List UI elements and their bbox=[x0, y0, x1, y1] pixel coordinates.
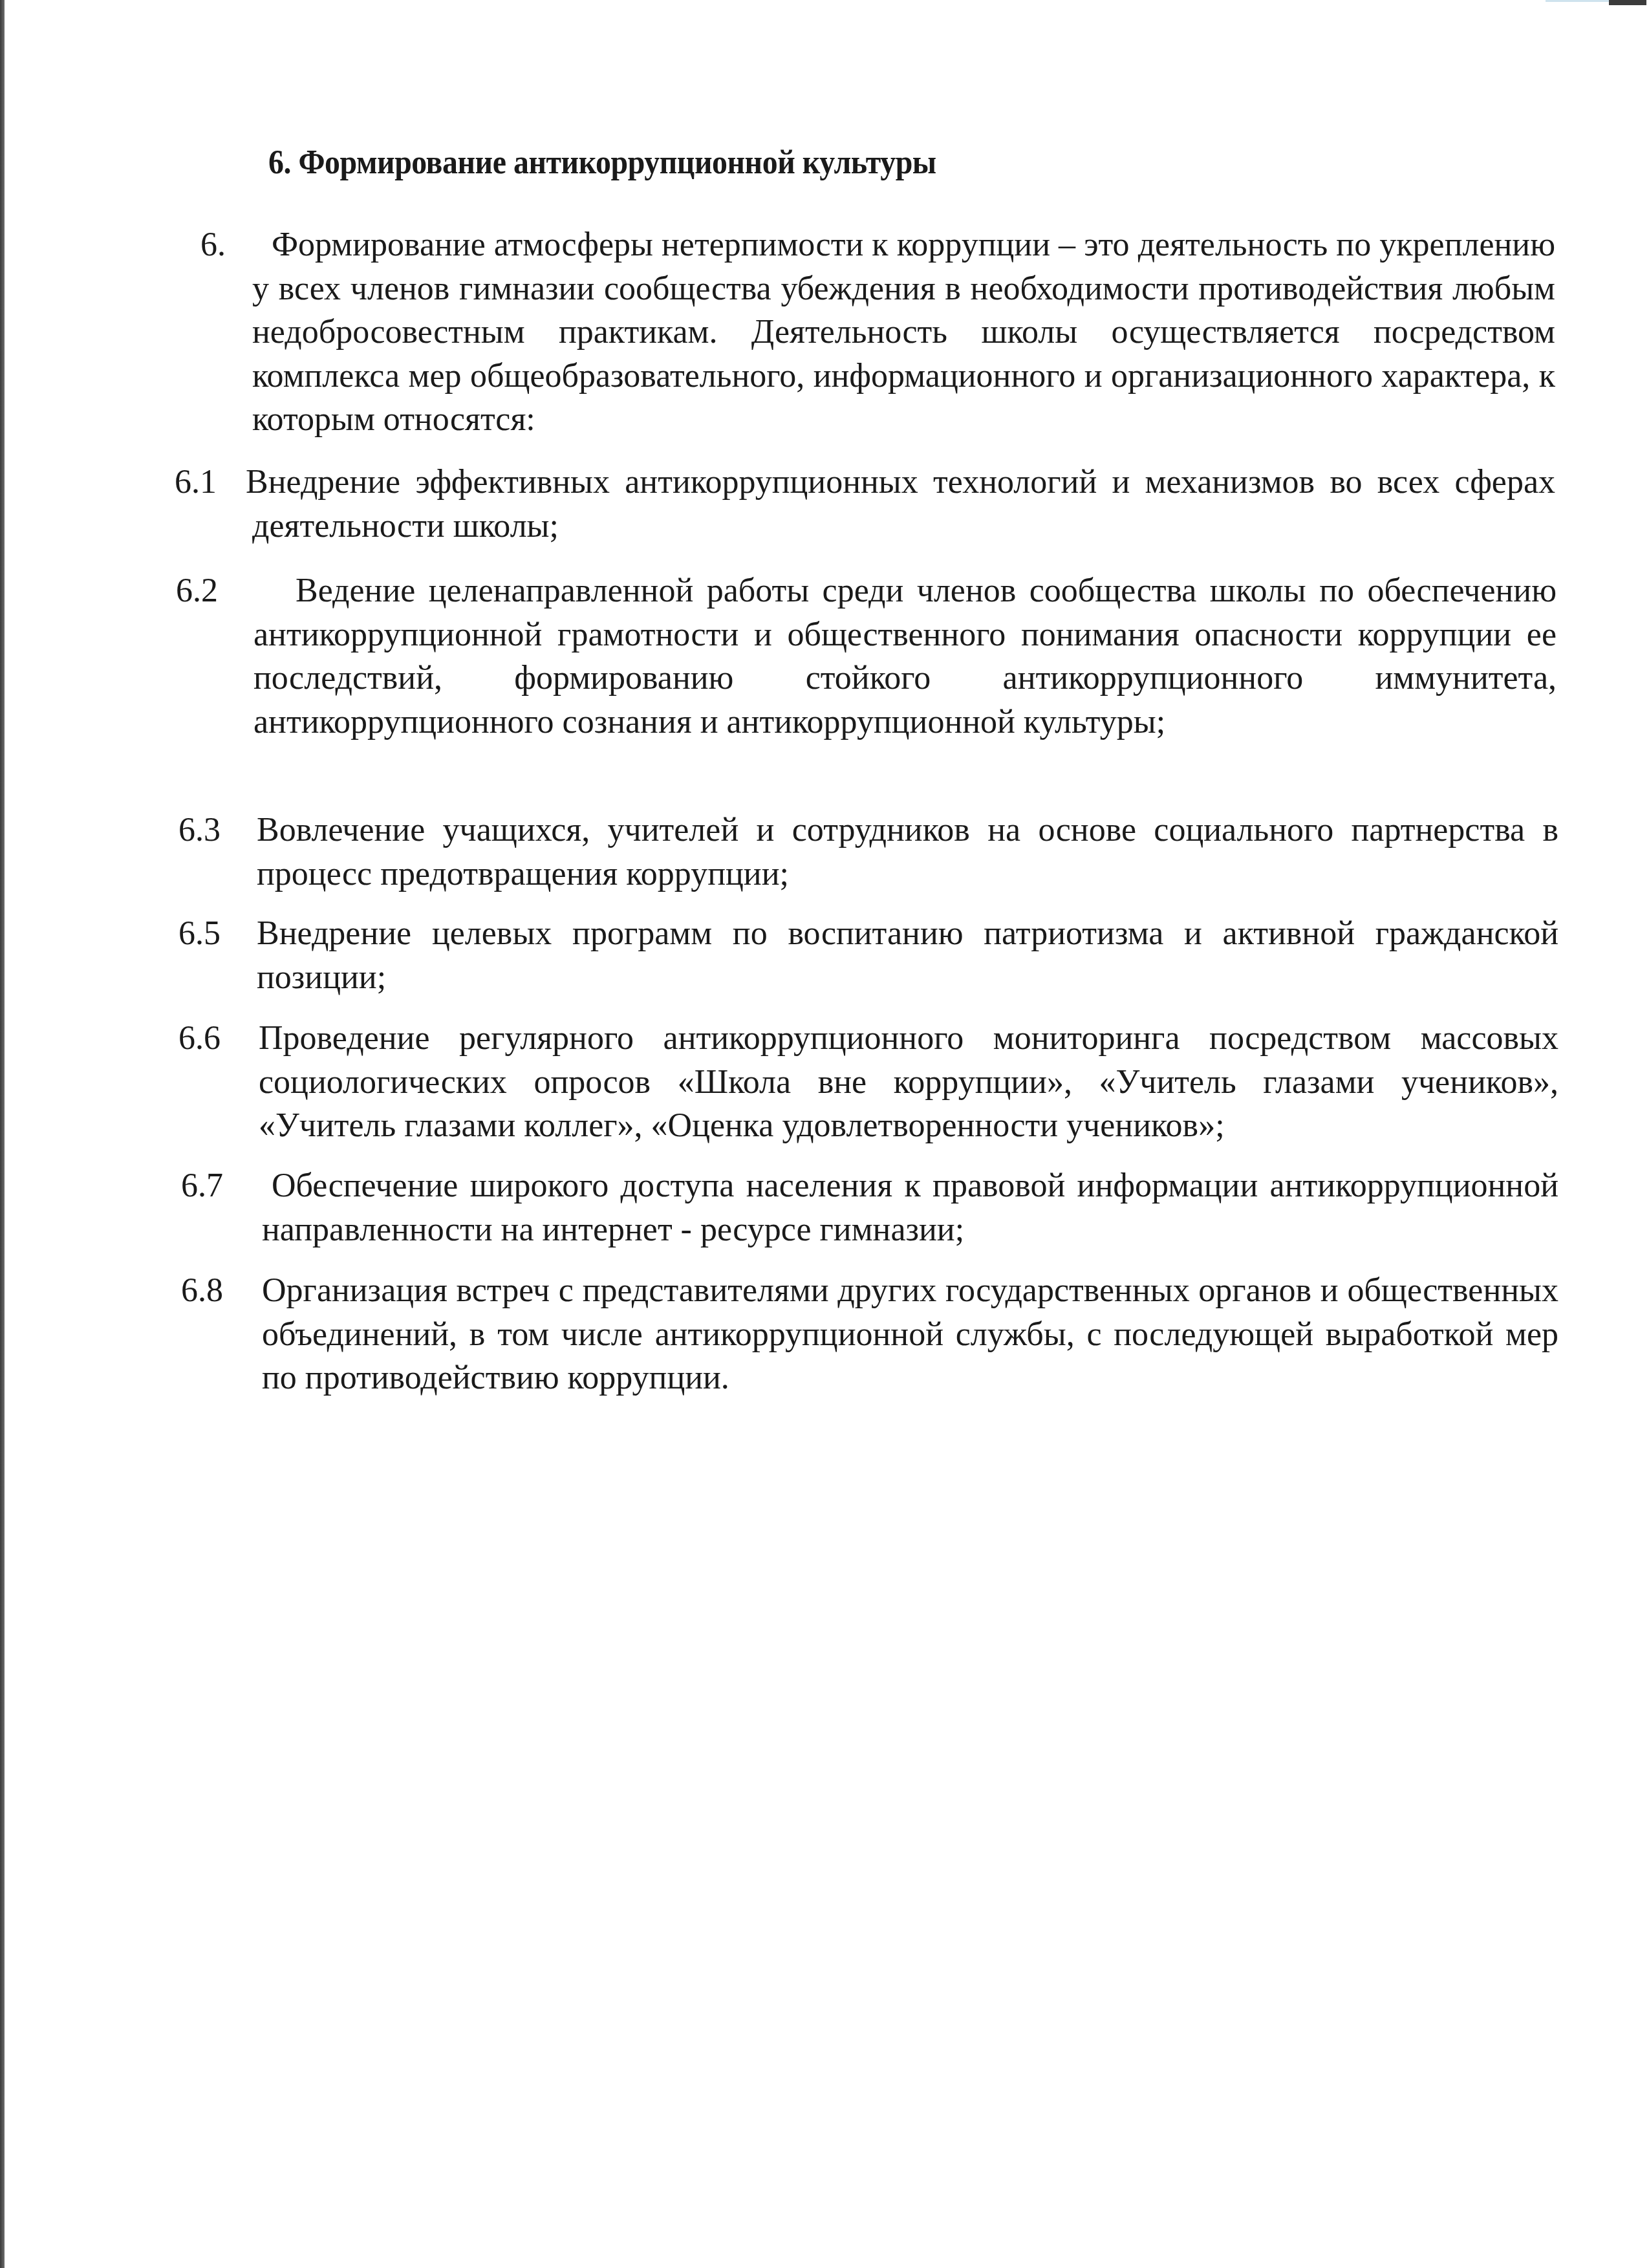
list-item: 6.3 Вовлечение учащихся, учителей и сотр… bbox=[0, 808, 1649, 899]
item-text: Организация встреч с представителями дру… bbox=[262, 1269, 1558, 1400]
item-text: Вовлечение учащихся, учителей и сотрудни… bbox=[257, 808, 1558, 896]
item-text: Внедрение эффективных антикоррупционных … bbox=[252, 460, 1555, 548]
item-number: 6. bbox=[200, 223, 226, 267]
item-number: 6.6 bbox=[178, 1017, 221, 1061]
item-text: Проведение регулярного антикоррупционног… bbox=[259, 1017, 1558, 1148]
item-number: 6.3 bbox=[178, 808, 221, 852]
list-item: 6.8 Организация встреч с представителями… bbox=[0, 1269, 1649, 1405]
list-item: 6.5 Внедрение целевых программ по воспит… bbox=[0, 912, 1649, 1002]
list-item: 6.6 Проведение регулярного антикоррупцио… bbox=[0, 1017, 1649, 1152]
item-text: Внедрение целевых программ по воспитанию… bbox=[257, 912, 1558, 999]
item-number: 6.2 bbox=[176, 569, 218, 613]
item-number: 6.7 bbox=[181, 1164, 223, 1208]
item-number: 6.5 bbox=[178, 912, 221, 956]
item-text: Обеспечение широкого доступа населения к… bbox=[262, 1164, 1558, 1251]
section-title: 6. Формирование антикоррупционной культу… bbox=[268, 144, 936, 182]
intro-paragraph: 6. Формирование атмосферы нетерпимости к… bbox=[0, 223, 1649, 443]
item-number: 6.8 bbox=[181, 1269, 223, 1313]
list-item: 6.1 Внедрение эффективных антикоррупцион… bbox=[0, 460, 1649, 551]
list-item: 6.7 Обеспечение широкого доступа населен… bbox=[0, 1164, 1649, 1255]
item-text: Ведение целенаправленной работы среди чл… bbox=[253, 569, 1557, 744]
scan-mark-top-right bbox=[1609, 0, 1646, 5]
item-number: 6.1 bbox=[175, 460, 217, 504]
scan-artifact-top bbox=[1546, 0, 1609, 2]
item-text: Формирование атмосферы нетерпимости к ко… bbox=[252, 223, 1555, 442]
list-item: 6.2 Ведение целенаправленной работы сред… bbox=[0, 569, 1649, 789]
